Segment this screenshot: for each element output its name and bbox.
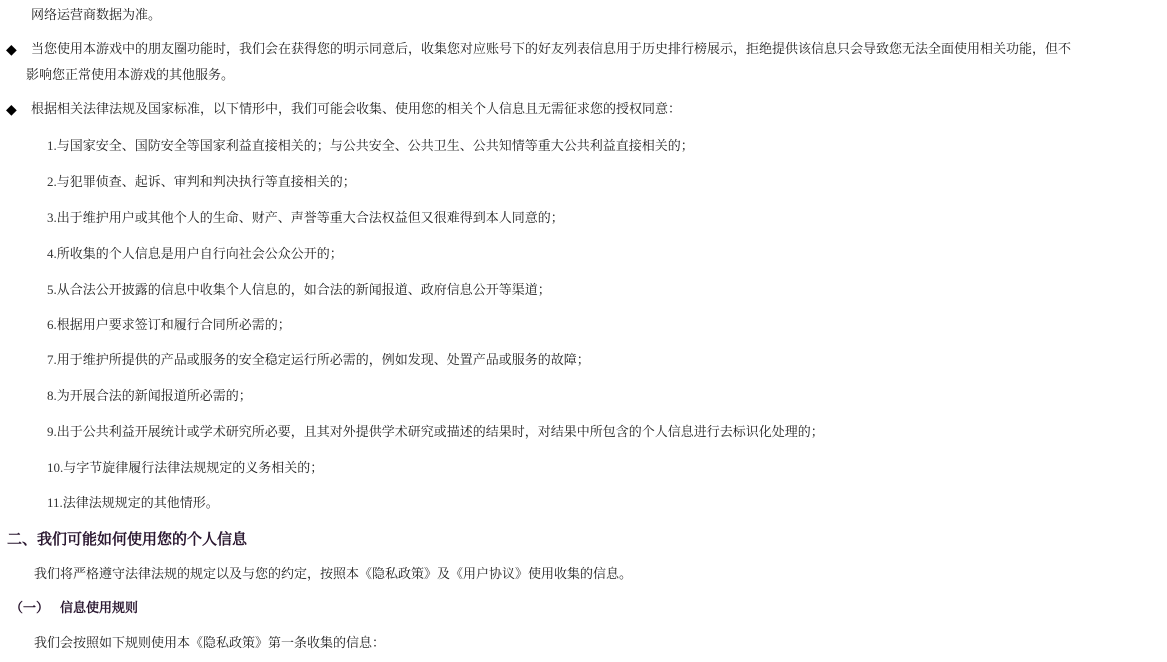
exception-text: 出于维护用户或其他个人的生命、财产、声誉等重大合法权益但又很难得到本人同意的； [57,211,564,226]
exception-text: 与国家安全、国防安全等国家利益直接相关的；与公共安全、公共卫生、公共知情等重大公… [57,139,694,154]
exception-text: 法律法规规定的其他情形。 [63,496,219,511]
exception-number: 3. [47,210,57,225]
exception-number: 5. [47,282,57,297]
exception-item: 10.与字节旋律履行法律法规规定的义务相关的； [47,460,323,477]
diamond-bullet-icon: ◆ [6,42,17,58]
section-intro: 我们将严格遵守法律法规的规定以及与您的约定，按照本《隐私政策》及《用户协议》使用… [34,567,632,583]
exception-number: 8. [47,388,57,403]
exception-text: 与字节旋律履行法律法规规定的义务相关的； [63,461,323,476]
section-heading: 二、我们可能如何使用您的个人信息 [7,530,247,548]
exception-item: 1.与国家安全、国防安全等国家利益直接相关的；与公共安全、公共卫生、公共知情等重… [47,138,694,155]
exception-text: 为开展合法的新闻报道所必需的； [57,389,252,404]
exception-number: 9. [47,424,57,439]
exception-item: 9.出于公共利益开展统计或学术研究所必要，且其对外提供学术研究或描述的结果时，对… [47,424,824,441]
exception-item: 3.出于维护用户或其他个人的生命、财产、声誉等重大合法权益但又很难得到本人同意的… [47,210,564,227]
exception-number: 10. [47,460,63,475]
exception-item: 8.为开展合法的新闻报道所必需的； [47,388,252,405]
bullet-friends-circle-line2: 影响您正常使用本游戏的其他服务。 [26,68,234,84]
exception-text: 出于公共利益开展统计或学术研究所必要，且其对外提供学术研究或描述的结果时，对结果… [57,425,824,440]
exception-number: 6. [47,317,57,332]
exception-item: 5.从合法公开披露的信息中收集个人信息的，如合法的新闻报道、政府信息公开等渠道； [47,282,551,299]
exception-number: 1. [47,138,57,153]
paragraph-continuation: 网络运营商数据为准。 [31,8,161,24]
exception-item: 2.与犯罪侦查、起诉、审判和判决执行等直接相关的； [47,174,356,191]
exception-number: 4. [47,246,57,261]
exception-item: 6.根据用户要求签订和履行合同所必需的； [47,317,291,334]
bullet-exceptions-intro: 根据相关法律法规及国家标准，以下情形中，我们可能会收集、使用您的相关个人信息且无… [31,102,681,118]
bullet-friends-circle-line1: 当您使用本游戏中的朋友圈功能时，我们会在获得您的明示同意后，收集您对应账号下的好… [31,42,1071,58]
exception-number: 11. [47,495,63,510]
exception-text: 根据用户要求签订和履行合同所必需的； [57,318,291,333]
subsection-number: （一） [10,601,60,617]
exception-item: 11.法律法规规定的其他情形。 [47,495,219,512]
subsection-text: 我们会按照如下规则使用本《隐私政策》第一条收集的信息： [34,636,385,652]
subsection-heading: （一）信息使用规则 [10,601,138,617]
exception-text: 从合法公开披露的信息中收集个人信息的，如合法的新闻报道、政府信息公开等渠道； [57,283,551,298]
subsection-title: 信息使用规则 [60,601,138,616]
exception-text: 所收集的个人信息是用户自行向社会公众公开的； [57,247,343,262]
exception-number: 7. [47,352,57,367]
exception-number: 2. [47,174,57,189]
exception-text: 与犯罪侦查、起诉、审判和判决执行等直接相关的； [57,175,356,190]
exception-text: 用于维护所提供的产品或服务的安全稳定运行所必需的，例如发现、处置产品或服务的故障… [57,353,590,368]
exception-item: 4.所收集的个人信息是用户自行向社会公众公开的； [47,246,343,263]
diamond-bullet-icon: ◆ [6,102,17,118]
exception-item: 7.用于维护所提供的产品或服务的安全稳定运行所必需的，例如发现、处置产品或服务的… [47,352,590,369]
